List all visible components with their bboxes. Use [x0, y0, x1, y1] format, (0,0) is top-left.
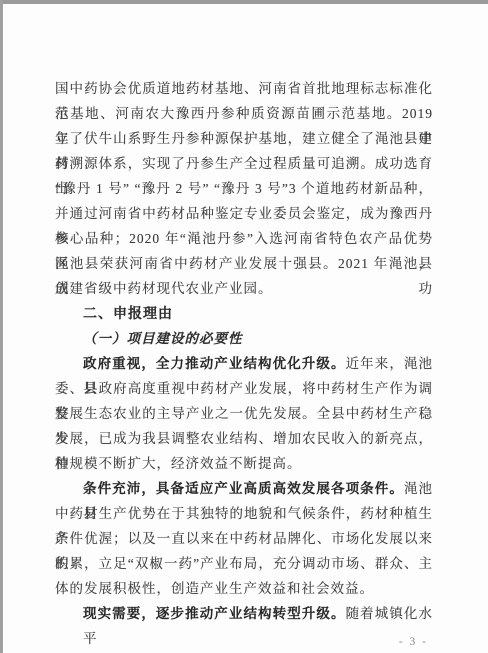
- scanned-document-page: 国中药协会优质道地药材基地、河南省首批地理标志标准化示 范基地、河南农大豫西丹参…: [0, 0, 488, 653]
- paragraph-lead: 现实需要，逐步推动产业结构转型升级。: [83, 606, 346, 621]
- section-heading: 二、申报理由: [55, 301, 433, 326]
- document-line: 国中药协会优质道地药材基地、河南省首批地理标志标准化示: [55, 76, 433, 101]
- document-line: 材溯源体系，实现了丹参生产全过程质量可追溯。成功选育出: [55, 151, 433, 176]
- paragraph-lead: 条件充沛，具备适应产业高质高效发展各项条件。: [83, 481, 404, 496]
- document-line: 条件优渥；以及一直以来在中药材品牌化、市场化发展以来的: [55, 526, 433, 551]
- document-line: 中药材生产优势在于其独特的地貌和气候条件，药材种植生产: [55, 501, 433, 526]
- document-line: 渑池县荣获河南省中药材产业发展十强县。2021 年渑池县成功: [55, 251, 433, 276]
- page-number: - 3 -: [399, 636, 428, 648]
- document-line: 积累，立足“双椒一药”产业布局，充分调动市场、群众、主: [55, 551, 433, 576]
- document-line: 体的发展积极性，创造产业生产效益和社会效益。: [55, 576, 433, 601]
- document-line: 并通过河南省中药材品种鉴定专业委员会鉴定，成为豫西丹参: [55, 201, 433, 226]
- document-line: 范基地、河南农大豫西丹参种质资源苗圃示范基地。2019 年建: [55, 101, 433, 126]
- document-line: 植规模不断扩大，经济效益不断提高。: [55, 451, 433, 476]
- document-line: 发展生态农业的主导产业之一优先发展。全县中药材生产稳步: [55, 401, 433, 426]
- scan-edge-left: [0, 0, 3, 653]
- paragraph-lead: 政府重视，全力推动产业结构优化升级。: [83, 356, 346, 371]
- document-line: 条件充沛，具备适应产业高质高效发展各项条件。渑池县: [55, 476, 433, 501]
- document-line: 现实需要，逐步推动产业结构转型升级。随着城镇化水平: [55, 601, 433, 626]
- document-line: 立了伏牛山系野生丹参种源保护基地，建立健全了渑池县中药: [55, 126, 433, 151]
- document-line: 政府重视，全力推动产业结构优化升级。近年来，渑池县: [55, 351, 433, 376]
- document-line: “豫丹 1 号” “豫丹 2 号” “豫丹 3 号”3 个道地药材新品种，: [55, 176, 433, 201]
- document-line: 委、县政府高度重视中药材产业发展，将中药材生产作为调整: [55, 376, 433, 401]
- document-line: 核心品种；2020 年“渑池丹参”入选河南省特色农产品优势区，: [55, 226, 433, 251]
- subsection-heading: （一）项目建设的必要性: [55, 326, 433, 351]
- scan-edge-top: [0, 0, 488, 4]
- document-body: 国中药协会优质道地药材基地、河南省首批地理标志标准化示 范基地、河南农大豫西丹参…: [55, 76, 433, 626]
- document-line: 发展，已成为我县调整农业结构、增加农民收入的新亮点，种: [55, 426, 433, 451]
